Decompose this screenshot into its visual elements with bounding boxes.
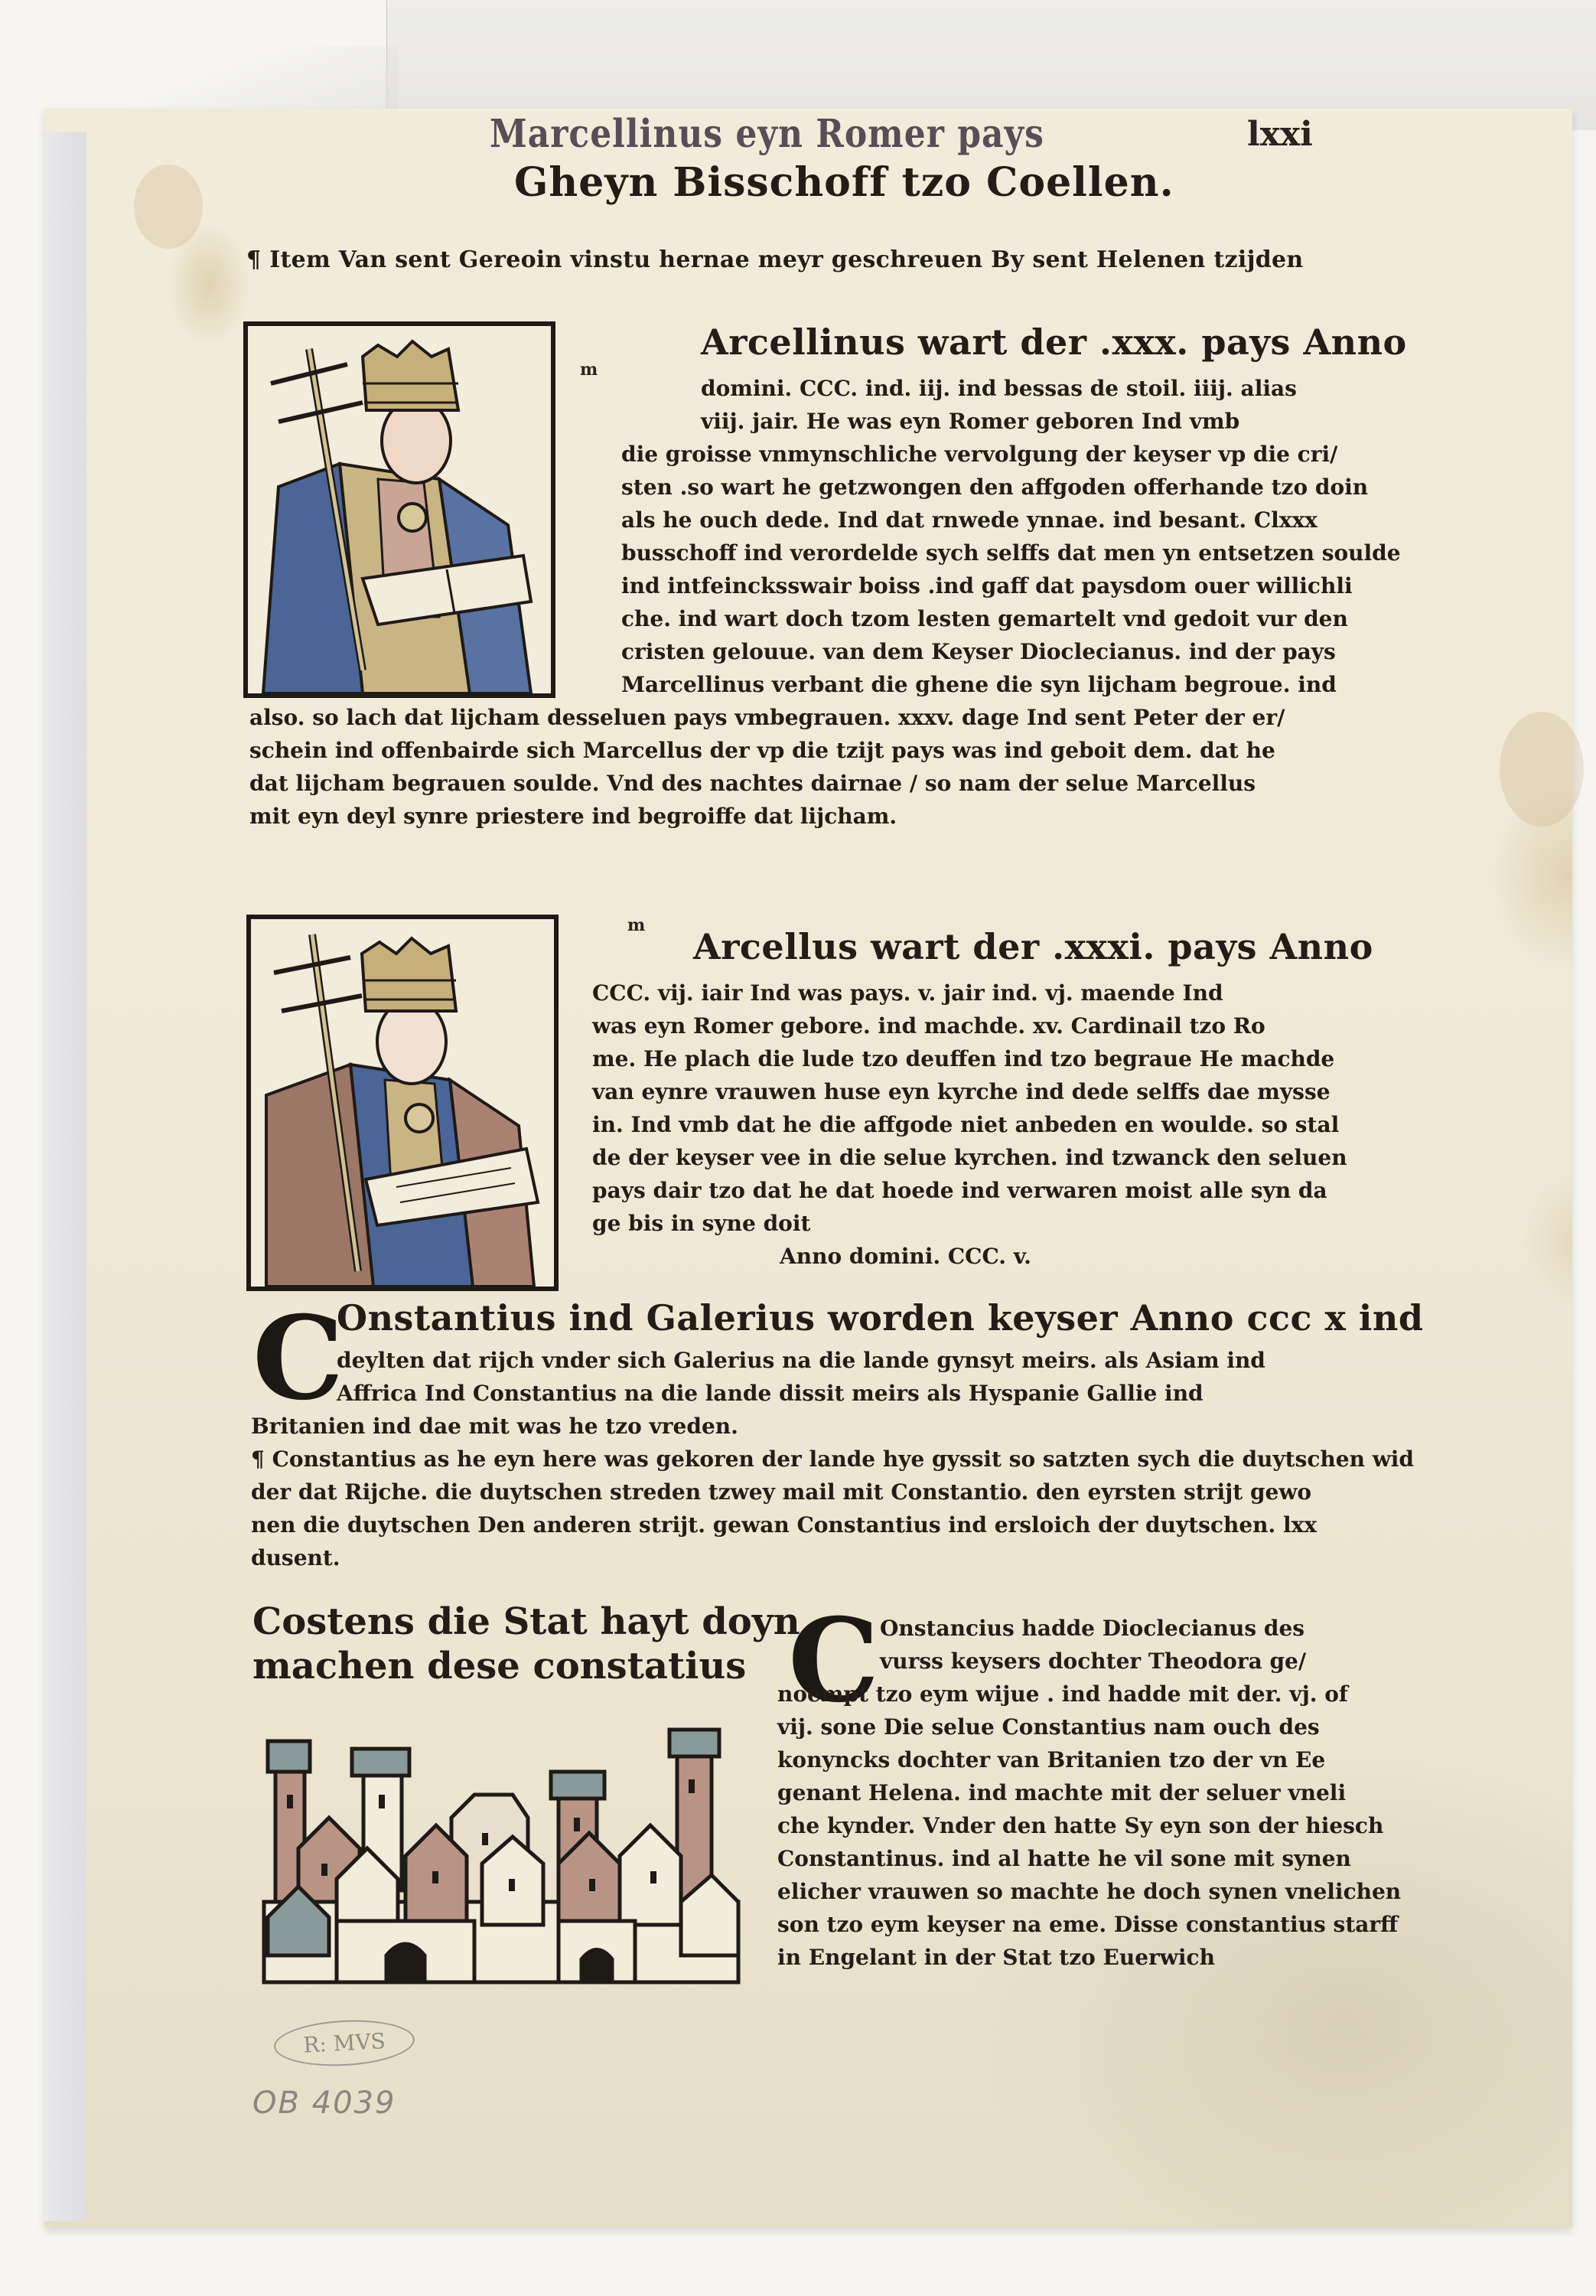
section-marcellinus-body: domini. CCC. ind. iij. ind bessas de sto… [621, 372, 1401, 701]
text-line: me. He plach die lude tzo deuffen ind tz… [592, 1042, 1347, 1075]
foxing-stain [1500, 712, 1584, 827]
text-line: als he ouch dede. Ind dat rnwede ynnae. … [621, 504, 1401, 536]
text-line: busschoff ind verordelde sych selffs dat… [621, 536, 1401, 569]
section-constantius-body: Britanien ind dae mit was he tzo vreden.… [251, 1410, 1414, 1574]
pope-figure-icon [248, 326, 551, 693]
text-line: pays dair tzo dat he dat hoede ind verwa… [592, 1174, 1347, 1207]
section-heading: Arcellus wart der .xxxi. pays Anno [693, 926, 1373, 967]
text-line: in Engelant in der Stat tzo Euerwich [777, 1941, 1401, 1974]
text-line: viij. jair. He was eyn Romer geboren Ind… [621, 405, 1401, 438]
text-line: che kynder. Vnder den hatte Sy eyn son d… [777, 1809, 1401, 1842]
mount-strip [44, 132, 86, 2221]
text-line: van eynre vrauwen huse eyn kyrche ind de… [592, 1075, 1347, 1108]
woodcut-pope-marcellinus [243, 321, 555, 698]
page-title: Gheyn Bisschoff tzo Coellen. [514, 159, 1174, 206]
text-line: ind intfeincksswair boiss .ind gaff dat … [621, 569, 1401, 602]
caption-line: Costens die Stat hayt doyn [252, 1600, 800, 1644]
section-city-body-indent: Onstancius hadde Dioclecianus des vurss … [880, 1612, 1306, 1678]
text-line: schein ind offenbairde sich Marcellus de… [249, 734, 1285, 767]
text-line: nen die duytschen Den anderen strijt. ge… [251, 1508, 1414, 1541]
section-constantius-heading-block: Onstantius ind Galerius worden keyser An… [337, 1297, 1424, 1339]
text-line: in. Ind vmb dat he die affgode niet anbe… [592, 1108, 1347, 1141]
text-line: dat lijcham begrauen soulde. Vnd des nac… [249, 767, 1285, 800]
text-line: domini. CCC. ind. iij. ind bessas de sto… [621, 372, 1401, 405]
text-line: genant Helena. ind machte mit der seluer… [777, 1776, 1401, 1809]
woodcut-city-view [252, 1726, 757, 1986]
section-heading: Onstantius ind Galerius worden keyser An… [337, 1297, 1424, 1339]
text-line: konyncks dochter van Britanien tzo der v… [777, 1743, 1401, 1776]
text-line: Britanien ind dae mit was he tzo vreden. [251, 1410, 1414, 1443]
text-line: Onstancius hadde Dioclecianus des [880, 1612, 1306, 1645]
text-line: was eyn Romer gebore. ind machde. xv. Ca… [592, 1009, 1347, 1042]
text-line: cristen gelouue. van dem Keyser Diocleci… [621, 635, 1401, 668]
text-line: ¶ Constantius as he eyn here was gekoren… [251, 1443, 1414, 1476]
section-heading: Arcellinus wart der .xxx. pays Anno [701, 321, 1407, 363]
rubric-line: ¶ Item Van sent Gereoin vinstu hernae me… [246, 246, 1304, 273]
city-skyline-icon [252, 1726, 757, 1986]
text-line: mit eyn deyl synre priestere ind begroif… [249, 800, 1285, 833]
text-line: also. so lach dat lijcham desseluen pays… [249, 701, 1285, 734]
guide-letter: m [627, 915, 645, 935]
text-line: deylten dat rijch vnder sich Galerius na… [337, 1344, 1265, 1377]
text-line: de der keyser vee in die selue kyrchen. … [592, 1141, 1347, 1174]
text-line: ge bis in syne doit [592, 1207, 1347, 1240]
text-line: sten .so wart he getzwongen den affgoden… [621, 471, 1401, 504]
section-marcellinus-heading-block: Arcellinus wart der .xxx. pays Anno [701, 321, 1407, 363]
handwritten-shelfmark: OB 4039 [252, 2086, 396, 2121]
section-marcellus-heading-block: Arcellus wart der .xxxi. pays Anno [693, 926, 1373, 967]
text-line: dusent. [251, 1541, 1414, 1574]
text-line: elicher vrauwen so machte he doch synen … [777, 1875, 1401, 1908]
section-marcellus-body: CCC. vij. iair Ind was pays. v. jair ind… [592, 977, 1347, 1273]
running-head: Marcellinus eyn Romer pays [490, 112, 1044, 157]
pope-figure-icon [251, 919, 554, 1287]
section-constantius-body-indent: deylten dat rijch vnder sich Galerius na… [337, 1344, 1265, 1410]
text-line: Affrica Ind Constantius na die lande dis… [337, 1377, 1265, 1410]
date-line: Anno domini. CCC. v. [592, 1240, 1347, 1273]
text-line: vij. sone Die selue Constantius nam ouch… [777, 1711, 1401, 1743]
text-line: che. ind wart doch tzom lesten gemartelt… [621, 602, 1401, 635]
city-caption: Costens die Stat hayt doyn machen dese c… [252, 1600, 800, 1688]
woodcut-pope-marcellus [246, 915, 559, 1291]
section-marcellinus-body-wide: also. so lach dat lijcham desseluen pays… [249, 701, 1285, 833]
folio-number: lxxi [1247, 115, 1313, 154]
decorated-initial: C [252, 1301, 344, 1416]
text-line: son tzo eym keyser na eme. Disse constan… [777, 1908, 1401, 1941]
text-line: Constantinus. ind al hatte he vil sone m… [777, 1842, 1401, 1875]
text-line: noempt tzo eym wijue . ind hadde mit der… [777, 1678, 1401, 1711]
text-line: CCC. vij. iair Ind was pays. v. jair ind… [592, 977, 1347, 1009]
caption-line: machen dese constatius [252, 1644, 800, 1688]
text-line: der dat Rijche. die duytschen streden tz… [251, 1476, 1414, 1508]
guide-letter: m [580, 360, 598, 380]
text-line: Marcellinus verbant die ghene die syn li… [621, 668, 1401, 701]
text-line: vurss keysers dochter Theodora ge/ [880, 1645, 1306, 1678]
text-line: die groisse vnmynschliche vervolgung der… [621, 438, 1401, 471]
foxing-stain [134, 165, 203, 249]
section-city-body: noempt tzo eym wijue . ind hadde mit der… [777, 1678, 1401, 1974]
